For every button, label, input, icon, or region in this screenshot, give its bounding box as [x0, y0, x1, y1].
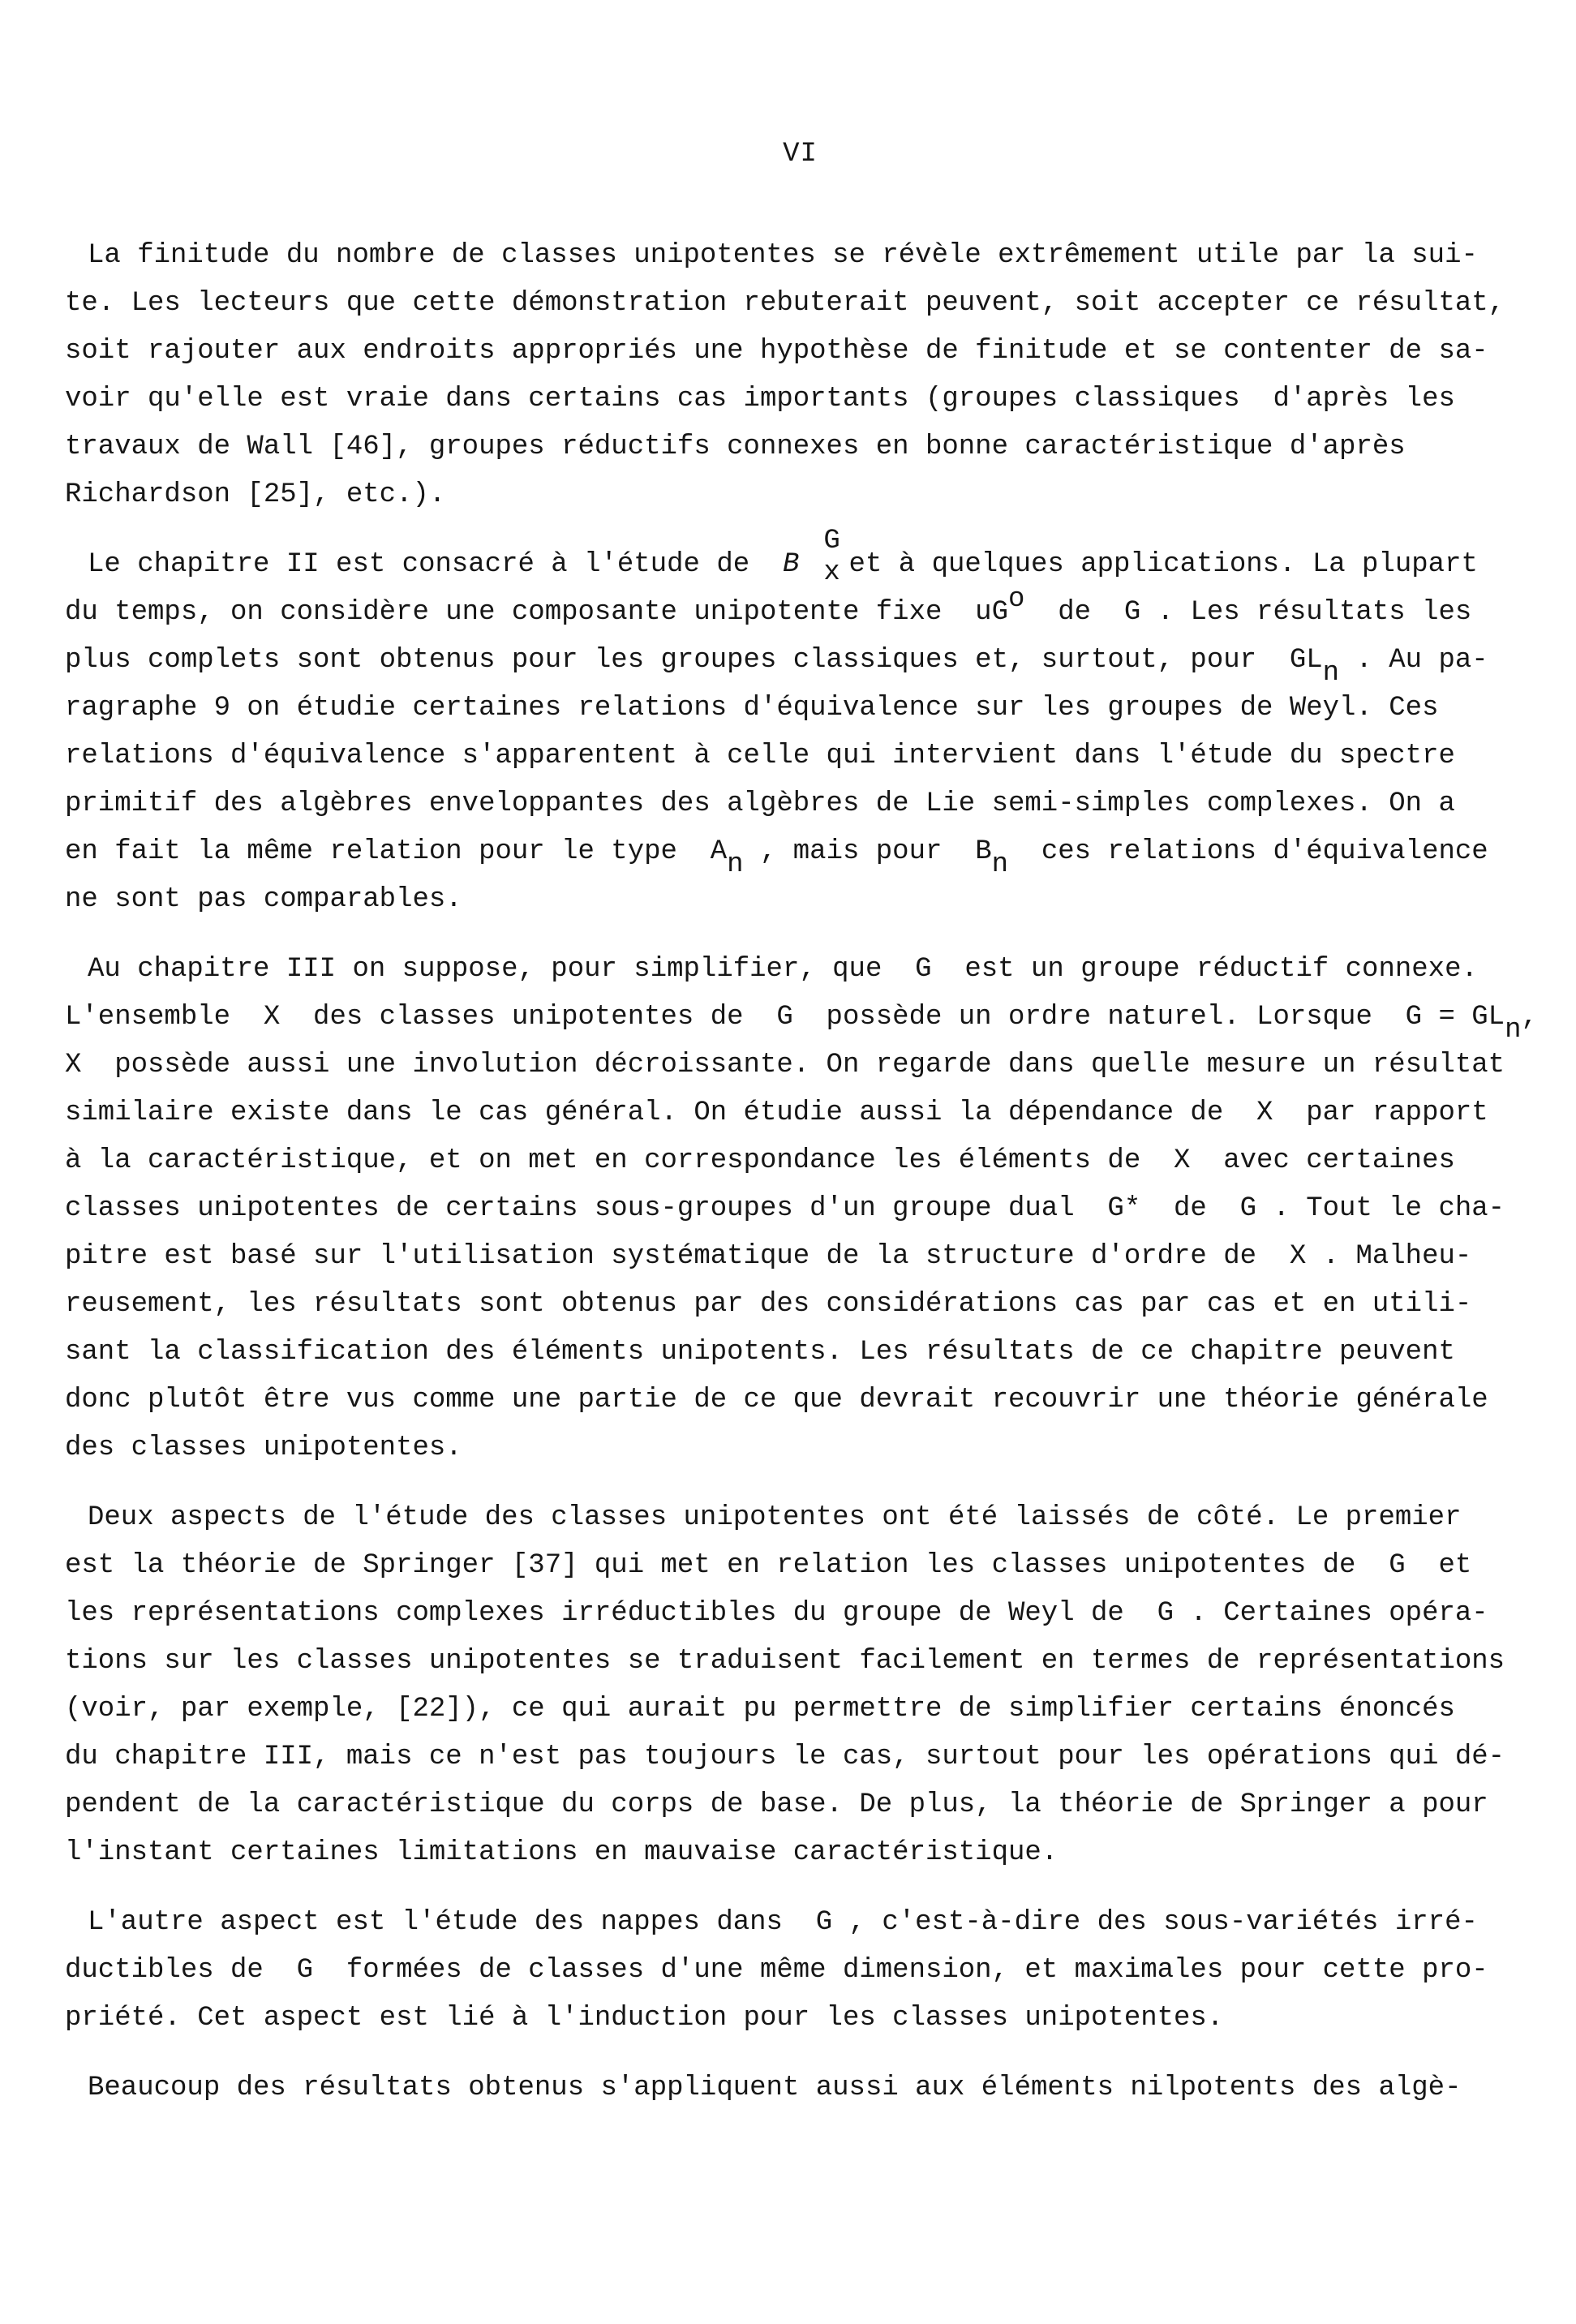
scanned-page: VI La finitude du nombre de classes unip…	[0, 0, 1576, 2324]
text-line: Beaucoup des résultats obtenus s'appliqu…	[65, 2064, 1535, 2112]
text-run: ces relations d'équivalence	[1008, 836, 1488, 867]
math-sup-sub-symbol: BGx	[783, 549, 816, 580]
text-line: tions sur les classes unipotentes se tra…	[65, 1638, 1535, 1686]
text-run: et à quelques applications. La plupart	[816, 549, 1478, 580]
text-line: reusement, les résultats sont obtenus pa…	[65, 1281, 1535, 1329]
text-line: L'ensemble X des classes unipotentes de …	[65, 994, 1535, 1042]
text-line: des classes unipotentes.	[65, 1424, 1535, 1472]
text-run: ne sont pas comparables.	[65, 884, 462, 915]
text-run: du chapitre III, mais ce n'est pas toujo…	[65, 1742, 1505, 1772]
paragraph: Au chapitre III on suppose, pour simplif…	[65, 946, 1535, 1472]
text-run: de G . Les résultats les	[1024, 597, 1471, 628]
text-line: en fait la même relation pour le type An…	[65, 828, 1535, 876]
text-line: primitif des algèbres enveloppantes des …	[65, 780, 1535, 828]
text-line: te. Les lecteurs que cette démonstration…	[65, 280, 1535, 328]
math-subscript: x	[801, 559, 840, 586]
paragraph: Le chapitre II est consacré à l'étude de…	[65, 541, 1535, 924]
text-run: pendent de la caractéristique du corps d…	[65, 1789, 1488, 1820]
paragraph: L'autre aspect est l'étude des nappes da…	[65, 1899, 1535, 2043]
text-run: ,	[1522, 1002, 1538, 1033]
text-line: travaux de Wall [46], groupes réductifs …	[65, 423, 1535, 471]
text-run: des classes unipotentes.	[65, 1433, 462, 1463]
text-run: pitre est basé sur l'utilisation systéma…	[65, 1241, 1471, 1272]
text-line: l'instant certaines limitations en mauva…	[65, 1829, 1535, 1877]
text-line: priété. Cet aspect est lié à l'induction…	[65, 1995, 1535, 2043]
text-run: L'autre aspect est l'étude des nappes da…	[88, 1907, 1478, 1938]
page-body: La finitude du nombre de classes unipote…	[65, 232, 1535, 2112]
text-run: classes unipotentes de certains sous-gro…	[65, 1193, 1505, 1224]
text-line: à la caractéristique, et on met en corre…	[65, 1137, 1535, 1185]
text-line: Le chapitre II est consacré à l'étude de…	[65, 541, 1535, 589]
math-base: B	[783, 549, 799, 580]
page-number: VI	[65, 136, 1535, 172]
text-line: similaire existe dans le cas général. On…	[65, 1089, 1535, 1137]
text-run: Le chapitre II est consacré à l'étude de	[88, 549, 783, 580]
text-line: sant la classification des éléments unip…	[65, 1329, 1535, 1377]
text-run: donc plutôt être vus comme une partie de…	[65, 1385, 1488, 1415]
text-line: (voir, par exemple, [22]), ce qui aurait…	[65, 1686, 1535, 1733]
text-run: est la théorie de Springer [37] qui met …	[65, 1550, 1471, 1581]
text-run: L'ensemble X des classes unipotentes de …	[65, 1002, 1505, 1033]
text-line: du temps, on considère une composante un…	[65, 589, 1535, 637]
text-line: pitre est basé sur l'utilisation systéma…	[65, 1233, 1535, 1281]
text-line: soit rajouter aux endroits appropriés un…	[65, 328, 1535, 376]
text-run: relations d'équivalence s'apparentent à …	[65, 741, 1455, 771]
text-run: , mais pour B	[744, 836, 992, 867]
text-run: te. Les lecteurs que cette démonstration…	[65, 288, 1505, 319]
text-line: voir qu'elle est vraie dans certains cas…	[65, 376, 1535, 423]
math-subscript: n	[992, 849, 1008, 880]
text-run: plus complets sont obtenus pour les grou…	[65, 645, 1323, 676]
text-run: voir qu'elle est vraie dans certains cas…	[65, 384, 1455, 415]
text-line: plus complets sont obtenus pour les grou…	[65, 637, 1535, 685]
text-run: X possède aussi une involution décroissa…	[65, 1050, 1505, 1080]
text-run: Beaucoup des résultats obtenus s'appliqu…	[88, 2073, 1461, 2103]
paragraph: La finitude du nombre de classes unipote…	[65, 232, 1535, 519]
text-line: classes unipotentes de certains sous-gro…	[65, 1185, 1535, 1233]
text-line: ne sont pas comparables.	[65, 876, 1535, 924]
text-line: relations d'équivalence s'apparentent à …	[65, 732, 1535, 780]
text-run: travaux de Wall [46], groupes réductifs …	[65, 432, 1406, 462]
text-run: les représentations complexes irréductib…	[65, 1598, 1488, 1629]
text-line: X possède aussi une involution décroissa…	[65, 1042, 1535, 1089]
math-subscript: n	[1505, 1015, 1521, 1046]
math-superscript: o	[1008, 584, 1024, 615]
text-run: tions sur les classes unipotentes se tra…	[65, 1646, 1505, 1677]
text-run: Au chapitre III on suppose, pour simplif…	[88, 954, 1478, 985]
text-run: reusement, les résultats sont obtenus pa…	[65, 1289, 1471, 1320]
text-line: Au chapitre III on suppose, pour simplif…	[65, 946, 1535, 994]
text-run: primitif des algèbres enveloppantes des …	[65, 788, 1455, 819]
text-run: Richardson [25], etc.).	[65, 479, 445, 510]
text-run: ragraphe 9 on étudie certaines relations…	[65, 693, 1438, 724]
text-line: est la théorie de Springer [37] qui met …	[65, 1542, 1535, 1590]
text-run: Deux aspects de l'étude des classes unip…	[88, 1502, 1461, 1533]
text-line: du chapitre III, mais ce n'est pas toujo…	[65, 1733, 1535, 1781]
math-subscript: n	[727, 849, 743, 880]
text-run: soit rajouter aux endroits appropriés un…	[65, 336, 1488, 367]
text-line: ductibles de G formées de classes d'une …	[65, 1947, 1535, 1995]
math-superscript: G	[801, 527, 840, 555]
text-line: pendent de la caractéristique du corps d…	[65, 1781, 1535, 1829]
text-line: ragraphe 9 on étudie certaines relations…	[65, 685, 1535, 732]
text-line: Richardson [25], etc.).	[65, 471, 1535, 519]
text-run: en fait la même relation pour le type A	[65, 836, 727, 867]
text-run: similaire existe dans le cas général. On…	[65, 1098, 1488, 1128]
text-run: ductibles de G formées de classes d'une …	[65, 1955, 1488, 1986]
text-run: . Au pa-	[1339, 645, 1488, 676]
text-run: à la caractéristique, et on met en corre…	[65, 1145, 1455, 1176]
text-line: La finitude du nombre de classes unipote…	[65, 232, 1535, 280]
text-line: L'autre aspect est l'étude des nappes da…	[65, 1899, 1535, 1947]
text-line: donc plutôt être vus comme une partie de…	[65, 1377, 1535, 1424]
text-run: sant la classification des éléments unip…	[65, 1337, 1455, 1368]
text-line: les représentations complexes irréductib…	[65, 1590, 1535, 1638]
paragraph: Beaucoup des résultats obtenus s'appliqu…	[65, 2064, 1535, 2112]
text-line: Deux aspects de l'étude des classes unip…	[65, 1494, 1535, 1542]
text-run: La finitude du nombre de classes unipote…	[88, 240, 1478, 271]
text-run: du temps, on considère une composante un…	[65, 597, 1008, 628]
text-run: (voir, par exemple, [22]), ce qui aurait…	[65, 1694, 1455, 1725]
text-run: l'instant certaines limitations en mauva…	[65, 1837, 1058, 1868]
paragraph: Deux aspects de l'étude des classes unip…	[65, 1494, 1535, 1877]
text-run: priété. Cet aspect est lié à l'induction…	[65, 2003, 1223, 2034]
math-subscript: n	[1323, 658, 1339, 689]
math-stack: Gx	[799, 543, 815, 571]
